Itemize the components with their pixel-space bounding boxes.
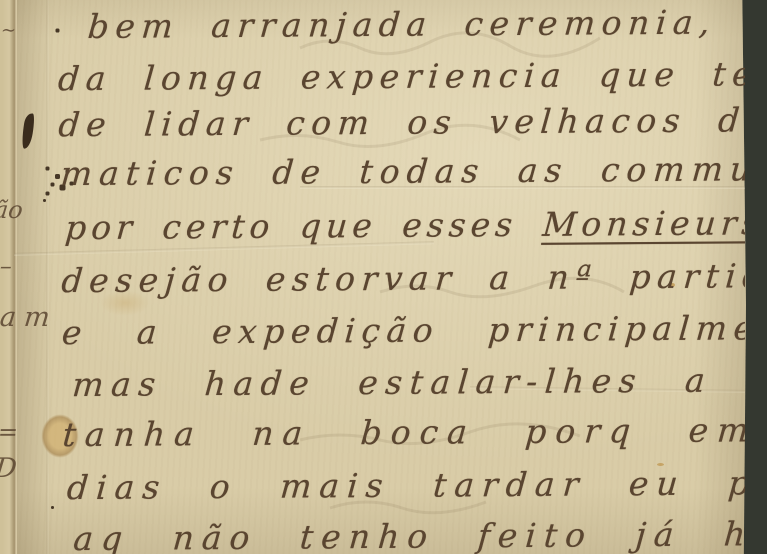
scanned-letter-screenshot: { "letter": { "kind": "handwritten manus… [0, 0, 767, 554]
line-text: e a expedição principalmente [61, 308, 745, 352]
line-text: bem arranjada ceremonia, e [86, 2, 745, 46]
manuscript-line: mas hade estalar-lhes a cas= [71, 360, 745, 405]
manuscript-line: desejão estorvar a nª partida [60, 256, 745, 300]
line-text: desejão estorvar a nª partida [60, 256, 745, 300]
line-text: maticos de todas as communhão, [59, 148, 745, 193]
manuscript-line: de lidar com os velhacos diplo, [57, 100, 745, 145]
line-text: da longa experiencia que tem [57, 54, 745, 98]
manuscript-line: e a expedição principalmente [61, 308, 745, 352]
manuscript-line: bem arranjada ceremonia, e [86, 2, 745, 46]
manuscript-line: tanha na boca porq em 6 [61, 410, 745, 454]
manuscript-line: aq não tenho feito já huma [72, 514, 745, 554]
line-text: dias o mais tardar eu parto [66, 463, 745, 508]
manuscript-line: maticos de todas as communhão, [59, 148, 745, 193]
manuscript-line: por certo que esses Monsieurs Mʳᵒˢ [64, 202, 745, 247]
line-text: de lidar com os velhacos diplo, [57, 100, 745, 145]
page-content: ~ ão – am = D bem arranjada ceremonia, e… [0, 0, 745, 554]
manuscript-line: da longa experiencia que tem [57, 54, 745, 98]
line-text: por certo que esses [64, 205, 545, 247]
manuscript-line: dias o mais tardar eu parto [66, 463, 745, 508]
underlined-word: Monsieurs M [541, 203, 745, 244]
line-text: mas hade estalar-lhes a cas= [71, 360, 745, 405]
line-text: tanha na boca porq em 6 [61, 410, 745, 454]
line-text: aq não tenho feito já huma [72, 514, 745, 554]
manuscript-text: bem arranjada ceremonia, e da longa expe… [0, 0, 745, 554]
